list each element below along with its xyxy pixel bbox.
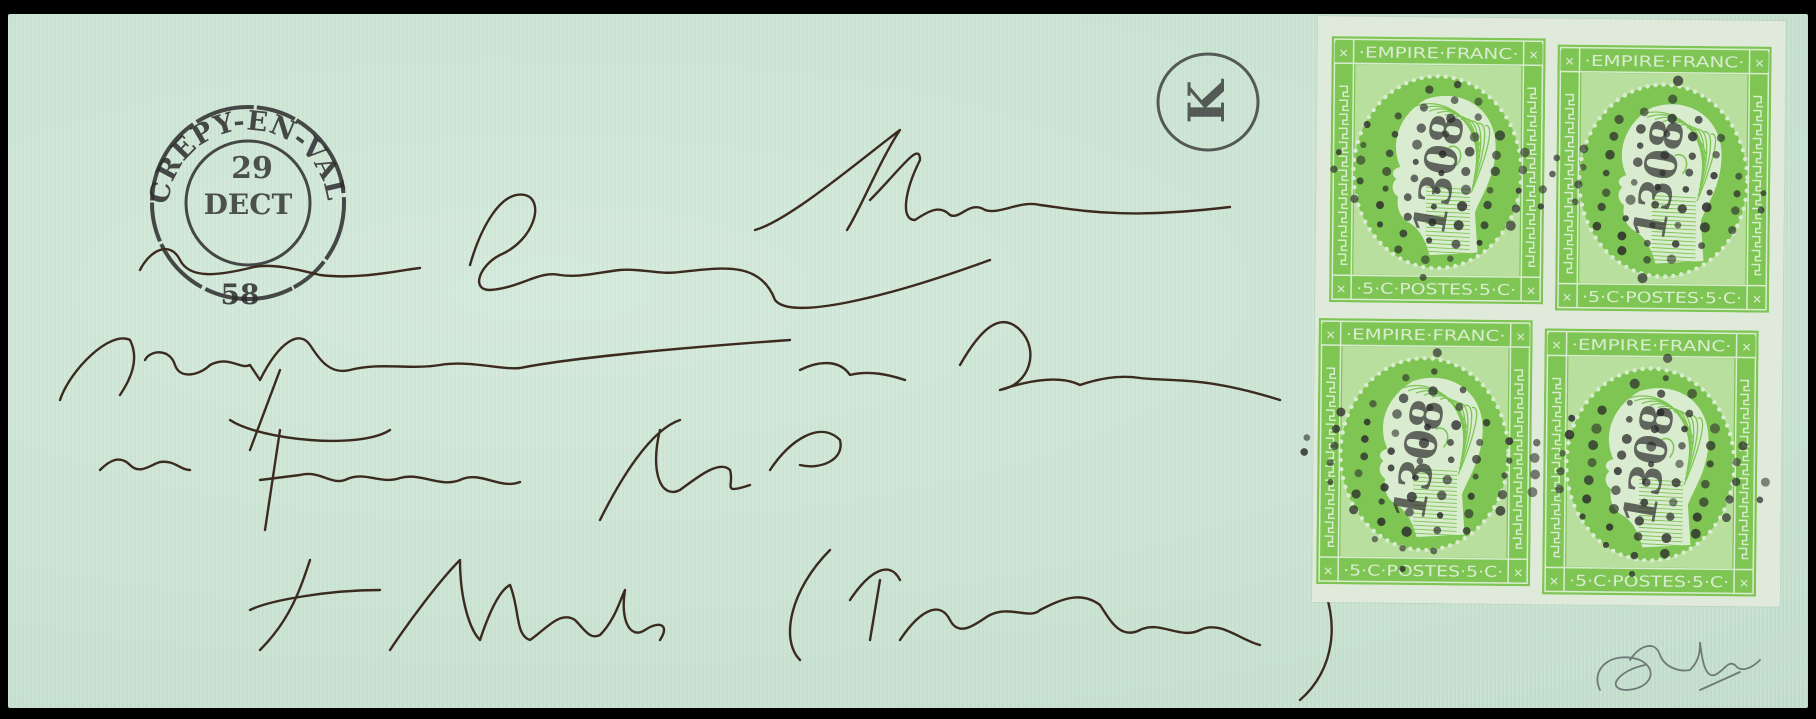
cover-scene: CREPY-EN-VALOIS 29 DECT 58 K (0, 0, 1816, 719)
svg-text:Calves: Calves (0, 0, 54, 4)
stamp-block: ✕ ✕ ✕ ✕ ·EMPIRE·FRANC· ·5·C·POSTES·5·C· … (1312, 16, 1786, 607)
svg-text:✕: ✕ (1339, 46, 1349, 60)
svg-text:✕: ✕ (1741, 340, 1751, 354)
address-line-1: Monsieur (0, 0, 1, 1)
stamp-bottom-left: ✕ ✕ ✕ ✕ ·EMPIRE·FRANC· ·5·C·POSTES·5·C· (1316, 318, 1533, 586)
svg-text:✕: ✕ (1336, 282, 1346, 296)
svg-text:·5·C·POSTES·5·C·: ·5·C·POSTES·5·C· (1582, 288, 1742, 308)
svg-text:·EMPIRE·FRANC·: ·EMPIRE·FRANC· (1359, 43, 1519, 63)
svg-text:·EMPIRE·FRANC·: ·EMPIRE·FRANC· (1584, 52, 1744, 72)
svg-text:✕: ✕ (1513, 566, 1523, 580)
address-line-1: Monsieur (0, 0, 77, 4)
svg-text:·5·C·POSTES·5·C·: ·5·C·POSTES·5·C· (1356, 279, 1516, 299)
svg-text:✕: ✕ (1562, 291, 1572, 305)
svg-text:✕: ✕ (1323, 564, 1333, 578)
svg-text:✕: ✕ (1516, 330, 1526, 344)
svg-text:✕: ✕ (1528, 48, 1538, 62)
svg-text:✕: ✕ (1526, 284, 1536, 298)
svg-text:·5·C·POSTES·5·C·: ·5·C·POSTES·5·C· (1569, 572, 1729, 592)
address-text: Monsieur Cyprien Lérière Vérificateur de… (0, 0, 1, 1)
svg-text:·EMPIRE·FRANC·: ·EMPIRE·FRANC· (1571, 336, 1731, 356)
svg-text:✕: ✕ (1752, 293, 1762, 307)
svg-text:✕: ✕ (1549, 574, 1559, 588)
svg-text:✕: ✕ (1551, 338, 1561, 352)
stamp-bottom-right: ✕ ✕ ✕ ✕ ·EMPIRE·FRANC· ·5·C·POSTES·5·C· (1542, 328, 1759, 596)
svg-text:✕: ✕ (1564, 55, 1574, 69)
svg-text:✕: ✕ (1754, 57, 1764, 71)
svg-text:·EMPIRE·FRANC·: ·EMPIRE·FRANC· (1346, 325, 1506, 345)
stamp-top-right: ✕ ✕ ✕ ✕ ·EMPIRE·FRANC· ·5·C·POSTES·5·C· (1555, 45, 1772, 313)
svg-text:✕: ✕ (1739, 576, 1749, 590)
stamp-top-left: ✕ ✕ ✕ ✕ ·EMPIRE·FRANC· ·5·C·POSTES·5·C· (1329, 36, 1546, 304)
svg-text:✕: ✕ (1326, 328, 1336, 342)
svg-text:·5·C·POSTES·5·C·: ·5·C·POSTES·5·C· (1343, 561, 1503, 581)
